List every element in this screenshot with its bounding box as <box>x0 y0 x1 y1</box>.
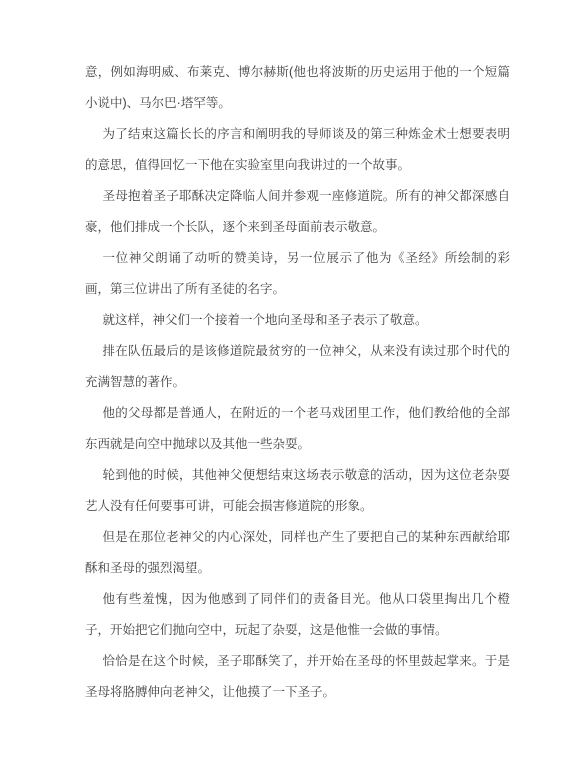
paragraph: 排在队伍最后的是该修道院最贫穷的一位神父，从来没有读过那个时代的充满智慧的著作。 <box>85 336 510 398</box>
text-block: 意，例如海明威、布莱克、博尔赫斯(他也将波斯的历史运用于他的一个短篇小说中)、马… <box>85 57 510 708</box>
paragraph: 圣母抱着圣子耶酥决定降临人间并参观一座修道院。所有的神父都深感自豪，他们排成一个… <box>85 181 510 243</box>
paragraph: 他的父母都是普通人，在附近的一个老马戏团里工作，他们教给他的全部东西就是向空中抛… <box>85 398 510 460</box>
paragraph: 一位神父朗诵了动听的赞美诗，另一位展示了他为《圣经》所绘制的彩画，第三位讲出了所… <box>85 243 510 305</box>
paragraph: 但是在那位老神父的内心深处，同样也产生了要把自己的某种东西献给耶酥和圣母的强烈渴… <box>85 522 510 584</box>
paragraph: 意，例如海明威、布莱克、博尔赫斯(他也将波斯的历史运用于他的一个短篇小说中)、马… <box>85 57 510 119</box>
page: { "page": { "background_color": "#ffffff… <box>0 0 577 783</box>
paragraph: 恰恰是在这个时候，圣子耶酥笑了，并开始在圣母的怀里鼓起掌来。于是圣母将胳膊伸向老… <box>85 646 510 708</box>
paragraph: 他有些羞愧，因为他感到了同伴们的责备目光。他从口袋里掏出几个橙子，开始把它们抛向… <box>85 584 510 646</box>
paragraph: 轮到他的时候，其他神父便想结束这场表示敬意的活动，因为这位老杂耍艺人没有任何要事… <box>85 460 510 522</box>
document-page: 意，例如海明威、布莱克、博尔赫斯(他也将波斯的历史运用于他的一个短篇小说中)、马… <box>0 0 577 783</box>
paragraph: 为了结束这篇长长的序言和阐明我的导师谈及的第三种炼金术士想要表明的意思，值得回忆… <box>85 119 510 181</box>
paragraph: 就这样，神父们一个接着一个地向圣母和圣子表示了敬意。 <box>85 305 510 336</box>
